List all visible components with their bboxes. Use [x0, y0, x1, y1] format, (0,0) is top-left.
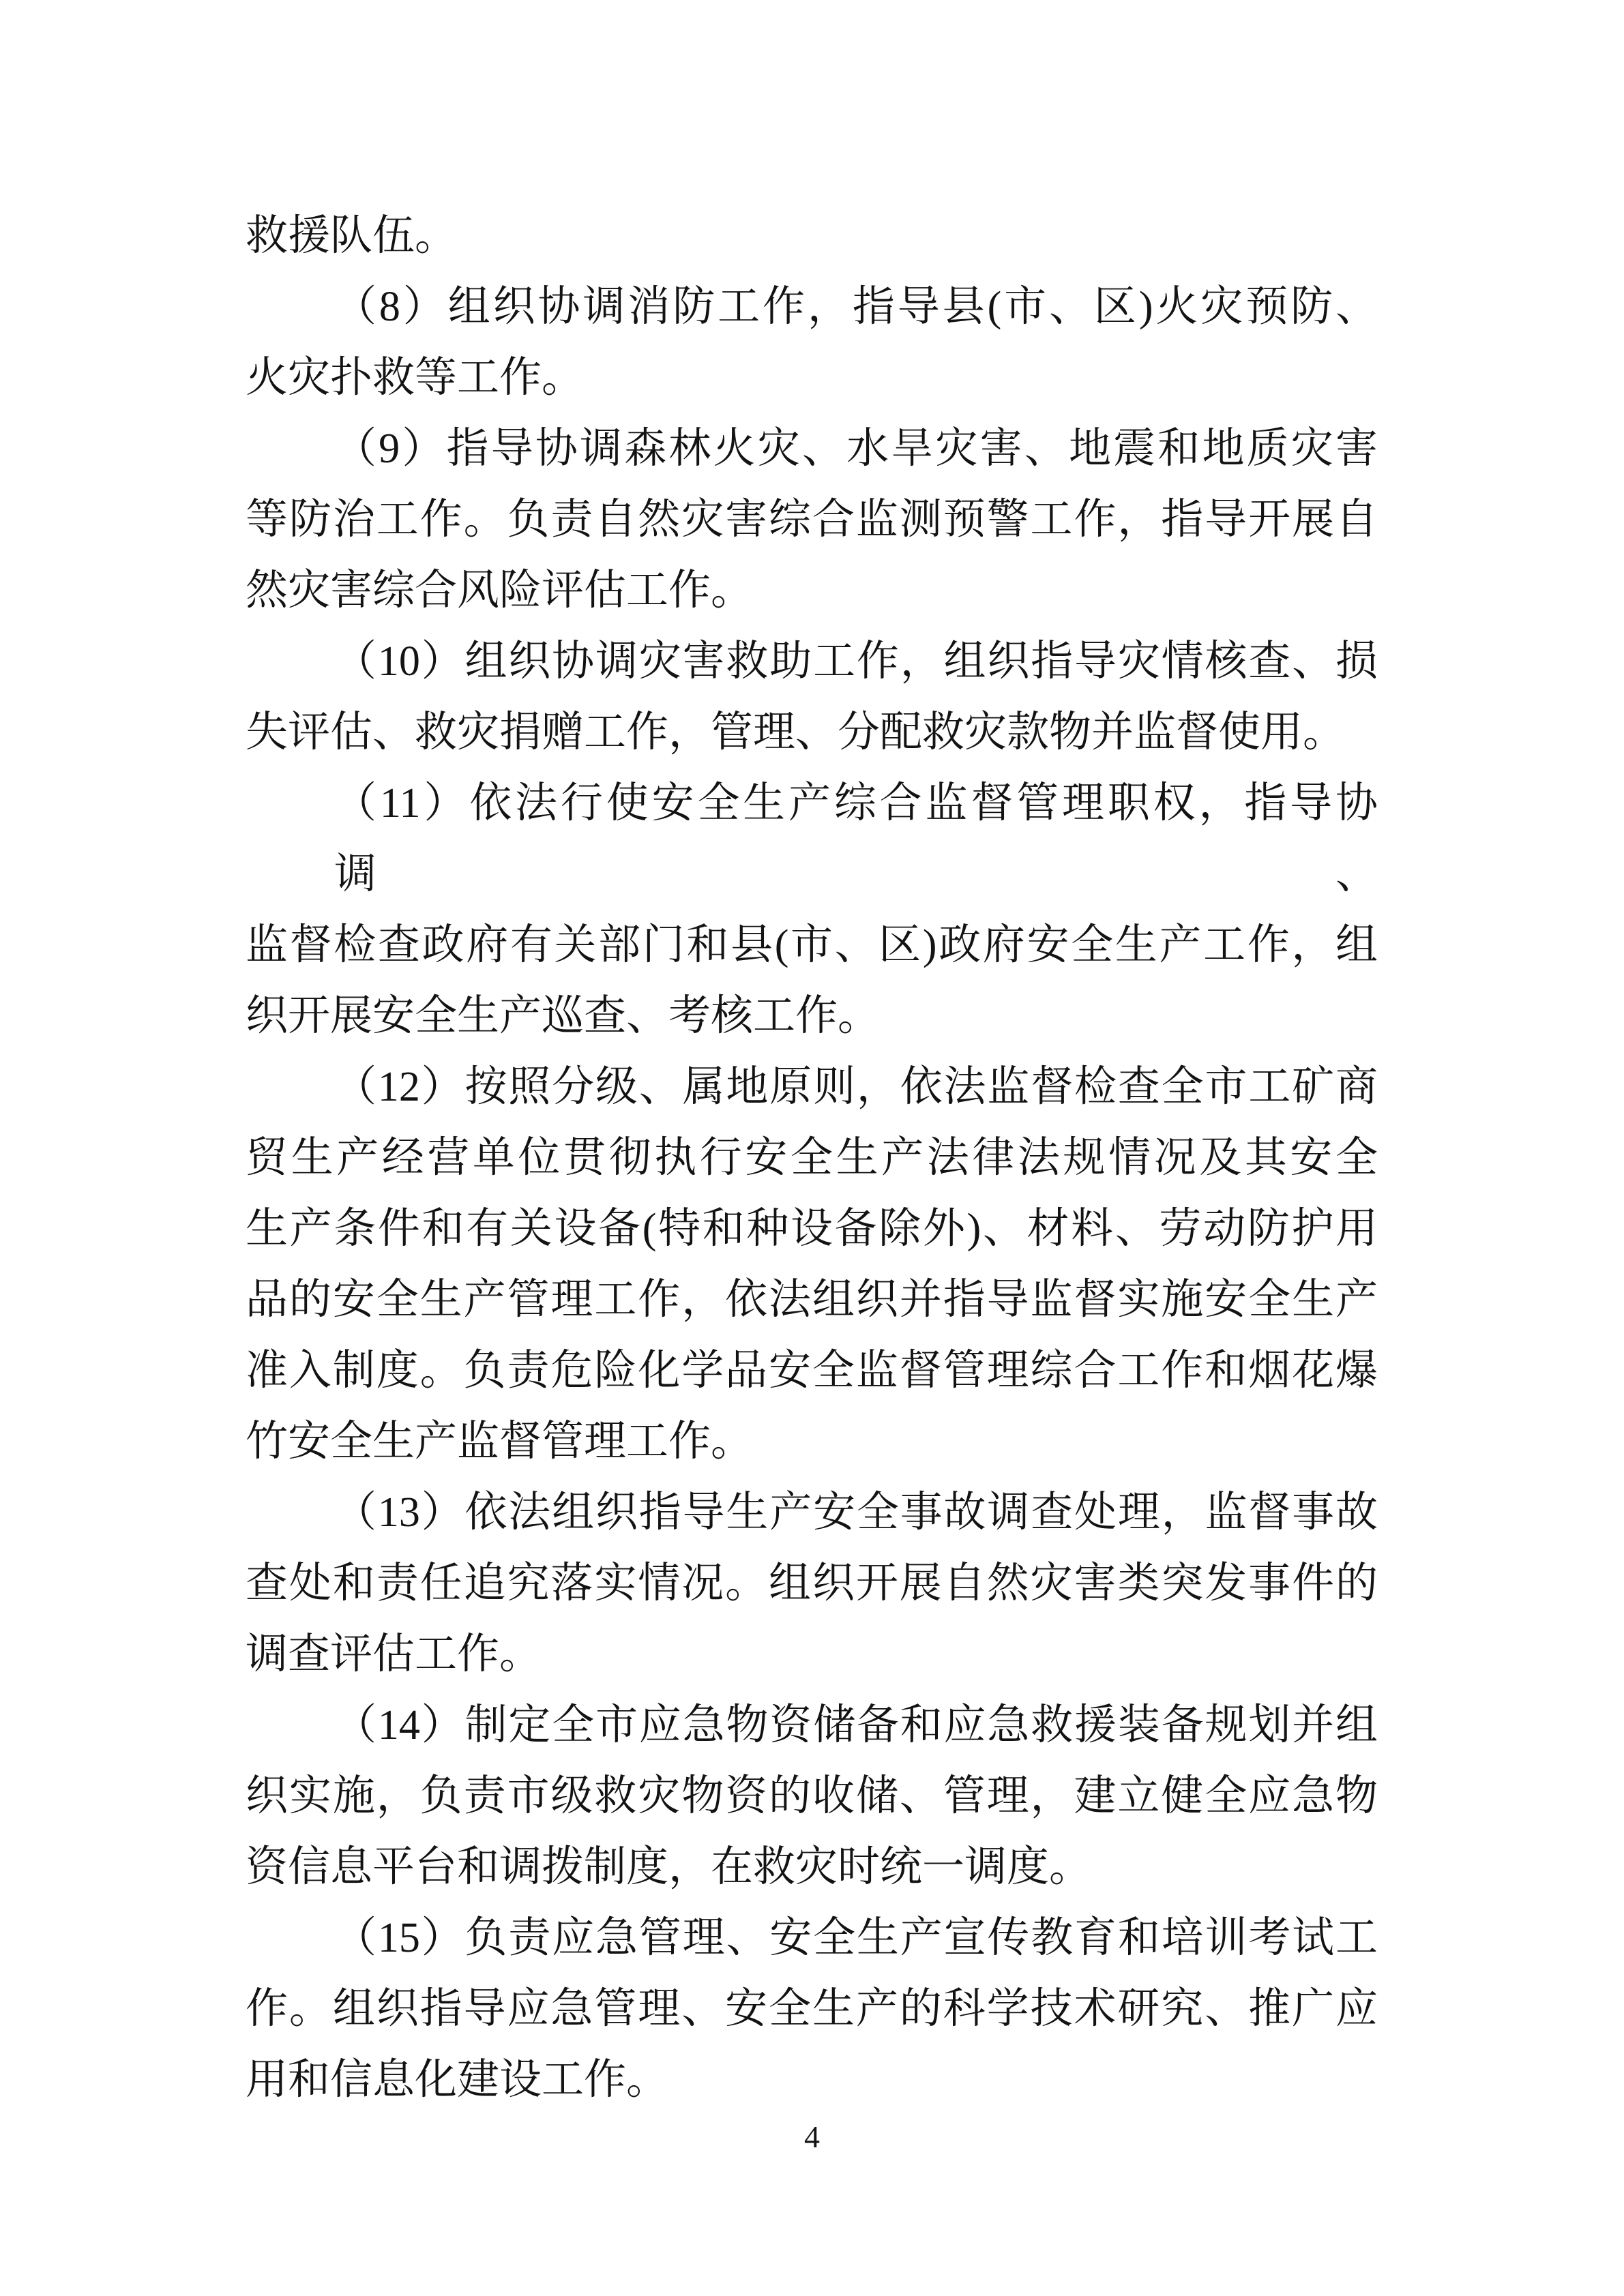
- text-line: （13）依法组织指导生产安全事故调查处理，监督事故: [246, 1477, 1378, 1548]
- text-line: 贸生产经营单位贯彻执行安全生产法律法规情况及其安全: [246, 1122, 1378, 1193]
- text-line: 救援队伍。: [246, 200, 1378, 271]
- text-line: 等防治工作。负责自然灾害综合监测预警工作，指导开展自: [246, 484, 1378, 555]
- text-line: 然灾害综合风险评估工作。: [246, 555, 1378, 626]
- text-line: （12）按照分级、属地原则，依法监督检查全市工矿商: [246, 1052, 1378, 1122]
- text-line: 用和信息化建设工作。: [246, 2044, 1378, 2115]
- text-line: 查处和责任追究落实情况。组织开展自然灾害类突发事件的: [246, 1548, 1378, 1619]
- text-line: 监督检查政府有关部门和县(市、区)政府安全生产工作，组: [246, 910, 1378, 981]
- text-line: （14）制定全市应急物资储备和应急救援装备规划并组: [246, 1690, 1378, 1761]
- document-page: 救援队伍。（8）组织协调消防工作，指导县(市、区)火灾预防、火灾扑救等工作。（9…: [0, 0, 1624, 2296]
- text-line: 竹安全生产监督管理工作。: [246, 1406, 1378, 1477]
- text-line: 作。组织指导应急管理、安全生产的科学技术研究、推广应: [246, 1973, 1378, 2044]
- text-line: 品的安全生产管理工作，依法组织并指导监督实施安全生产: [246, 1264, 1378, 1335]
- text-line: 调查评估工作。: [246, 1619, 1378, 1690]
- text-line: （8）组织协调消防工作，指导县(市、区)火灾预防、: [246, 271, 1378, 342]
- text-line: （15）负责应急管理、安全生产宣传教育和培训考试工: [246, 1903, 1378, 1973]
- text-line: （9）指导协调森林火灾、水旱灾害、地震和地质灾害: [246, 413, 1378, 484]
- text-line: 准入制度。负责危险化学品安全监督管理综合工作和烟花爆: [246, 1335, 1378, 1406]
- text-line: （10）组织协调灾害救助工作，组织指导灾情核查、损: [246, 626, 1378, 697]
- text-line: 生产条件和有关设备(特和种设备除外)、材料、劳动防护用: [246, 1193, 1378, 1264]
- document-body: 救援队伍。（8）组织协调消防工作，指导县(市、区)火灾预防、火灾扑救等工作。（9…: [246, 200, 1378, 2115]
- text-line: 失评估、救灾捐赠工作，管理、分配救灾款物并监督使用。: [246, 697, 1378, 768]
- text-line: 织实施，负责市级救灾物资的收储、管理，建立健全应急物: [246, 1761, 1378, 1832]
- text-line: 织开展安全生产巡查、考核工作。: [246, 981, 1378, 1052]
- text-line: （11）依法行使安全生产综合监督管理职权，指导协调、: [246, 768, 1378, 910]
- text-line: 资信息平台和调拨制度，在救灾时统一调度。: [246, 1832, 1378, 1903]
- text-line: 火灾扑救等工作。: [246, 342, 1378, 413]
- page-number: 4: [0, 2117, 1624, 2158]
